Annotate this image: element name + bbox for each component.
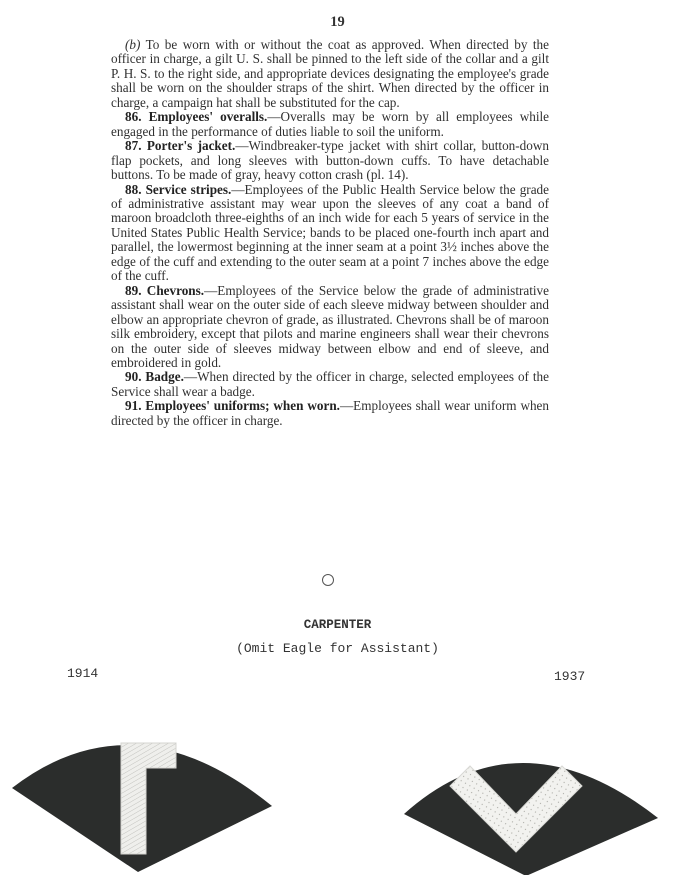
section-heading: Service stripes. xyxy=(146,182,232,197)
section-heading: Employees' overalls. xyxy=(149,109,268,124)
year-label-right: 1937 xyxy=(554,669,585,684)
paragraph-87: 87. Porter's jacket.—Windbreaker-type ja… xyxy=(111,139,549,182)
plate-title: CARPENTER xyxy=(0,618,675,632)
carpenter-square-insignia-icon xyxy=(6,712,276,872)
section-heading: Employees' uniforms; when worn. xyxy=(145,398,340,413)
paragraph-88: 88. Service stripes.—Employees of the Pu… xyxy=(111,183,549,284)
year-label-left: 1914 xyxy=(67,666,98,681)
paragraph-90: 90. Badge.—When directed by the officer … xyxy=(111,370,549,399)
section-number: 88. xyxy=(125,182,141,197)
section-number: 86. xyxy=(125,109,141,124)
paragraph-text: To be worn with or without the coat as a… xyxy=(111,37,549,110)
regulations-text: (b) To be worn with or without the coat … xyxy=(111,38,549,428)
chevron-insignia-icon xyxy=(390,720,660,875)
paragraph-89: 89. Chevrons.—Employees of the Service b… xyxy=(111,284,549,371)
circle-ornament-icon xyxy=(322,574,334,586)
paragraph-text: —Employees of the Public Health Service … xyxy=(111,182,549,284)
section-number: 91. xyxy=(125,398,141,413)
paragraph-86: 86. Employees' overalls.—Overalls may be… xyxy=(111,110,549,139)
section-heading: Badge. xyxy=(145,369,183,384)
page-number: 19 xyxy=(0,14,675,31)
section-heading: Chevrons. xyxy=(147,283,204,298)
plate-subtitle: (Omit Eagle for Assistant) xyxy=(0,641,675,656)
section-number: 87. xyxy=(125,138,141,153)
section-heading: Porter's jacket. xyxy=(147,138,235,153)
section-number: 90. xyxy=(125,369,141,384)
paragraph-91: 91. Employees' uniforms; when worn.—Empl… xyxy=(111,399,549,428)
paragraph-prefix: (b) xyxy=(125,37,140,52)
paragraph-b: (b) To be worn with or without the coat … xyxy=(111,38,549,110)
section-number: 89. xyxy=(125,283,141,298)
